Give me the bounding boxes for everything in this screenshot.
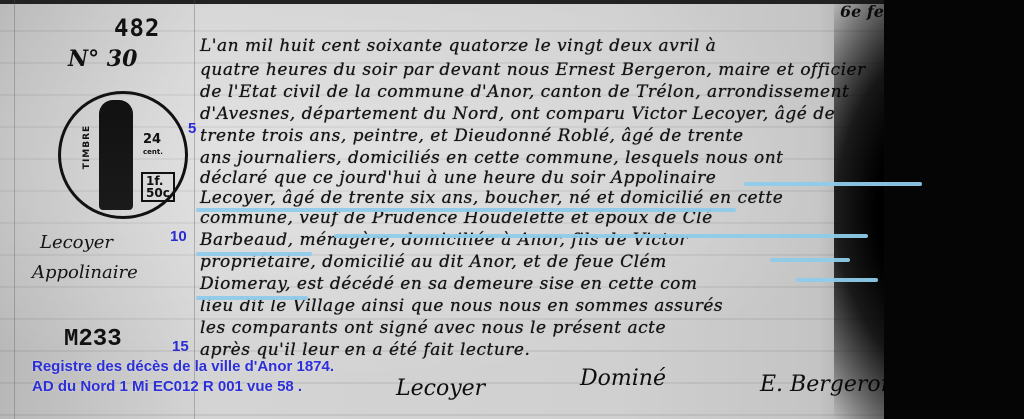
highlight-victor bbox=[770, 258, 850, 262]
transcript-line: trente trois ans, peintre, et Dieudonné … bbox=[200, 126, 744, 146]
transcript-line: de l'Etat civil de la commune d'Anor, ca… bbox=[200, 82, 849, 102]
transcript-line: d'Avesnes, département du Nord, ont comp… bbox=[200, 104, 835, 124]
register-page-scan: 482 6e feuillet N° 30 TIMBRE 24 cent. 1f… bbox=[0, 0, 1024, 419]
highlight-clem bbox=[796, 278, 878, 282]
signature-left: Lecoyer bbox=[396, 376, 485, 401]
highlight-houdelette bbox=[334, 234, 868, 238]
tax-stamp: TIMBRE 24 cent. 1f. 50c bbox=[58, 91, 188, 219]
stamp-word: TIMBRE bbox=[82, 125, 92, 169]
justice-figure-icon bbox=[99, 100, 133, 210]
highlight-diomeray bbox=[196, 296, 308, 300]
transcript-line: après qu'il leur en a été fait lecture. bbox=[200, 340, 530, 360]
transcript-line: déclaré que ce jourd'hui à une heure du … bbox=[200, 168, 716, 188]
scan-shadow-solid bbox=[884, 0, 1024, 419]
source-caption-line1: Registre des décès de la ville d'Anor 18… bbox=[32, 358, 334, 375]
left-edge-rule bbox=[14, 0, 15, 419]
line-number-5: 5 bbox=[188, 120, 196, 137]
transcript-line: Lecoyer, âgé de trente six ans, boucher,… bbox=[200, 188, 783, 208]
transcript-line: Barbeaud, ménagère, domiciliée à Anor, f… bbox=[200, 230, 688, 250]
source-caption-line2: AD du Nord 1 Mi EC012 R 001 vue 58 . bbox=[32, 378, 302, 395]
signature-middle: Dominé bbox=[580, 366, 666, 391]
transcript-line: quatre heures du soir par devant nous Er… bbox=[200, 60, 866, 80]
margin-surname: Lecoyer bbox=[40, 232, 113, 253]
stamp-value-number: 24 bbox=[143, 132, 161, 147]
stamp-price-cent: 50c bbox=[146, 186, 170, 200]
stamp-value: 24 cent. bbox=[143, 134, 163, 158]
line-number-15: 15 bbox=[172, 338, 189, 355]
transcript-line: ans journaliers, domiciliés en cette com… bbox=[200, 148, 784, 168]
register-code: M233 bbox=[64, 326, 122, 353]
margin-rule bbox=[194, 0, 195, 419]
transcript-line: les comparants ont signé avec nous le pr… bbox=[200, 318, 666, 338]
folio-number: 482 bbox=[114, 14, 160, 42]
highlight-lecoyer-line bbox=[196, 208, 736, 212]
highlight-barbeaud bbox=[196, 252, 312, 256]
line-number-10: 10 bbox=[170, 228, 187, 245]
highlight-appolinaire bbox=[744, 182, 922, 186]
stamp-value-sub: cent. bbox=[143, 146, 163, 158]
stamp-price: 1f. 50c bbox=[141, 172, 175, 202]
act-number: N° 30 bbox=[68, 46, 137, 72]
transcript-line: L'an mil huit cent soixante quatorze le … bbox=[200, 36, 716, 56]
transcript-line: Diomeray, est décédé en sa demeure sise … bbox=[200, 274, 697, 294]
margin-given-name: Appolinaire bbox=[32, 262, 138, 283]
